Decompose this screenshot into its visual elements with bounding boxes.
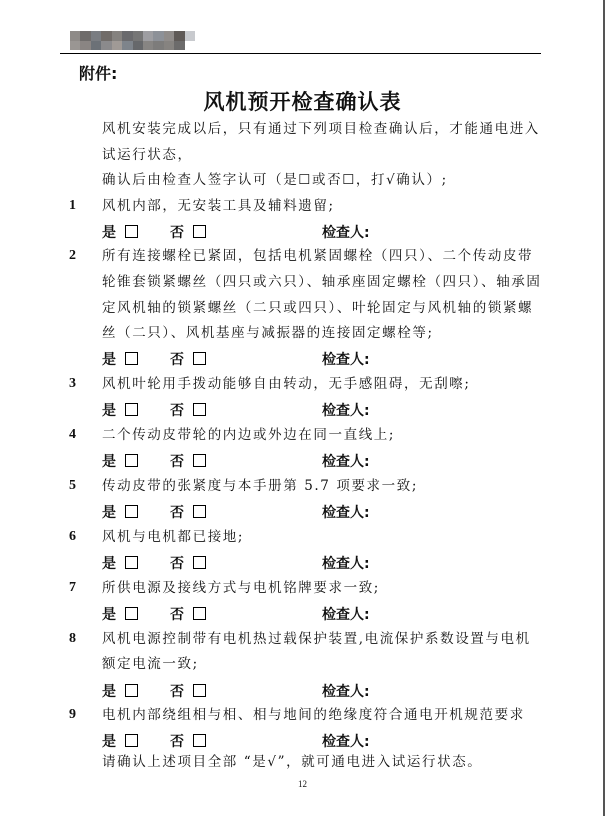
no-checkbox[interactable] <box>193 454 206 467</box>
yes-checkbox[interactable] <box>125 505 138 518</box>
item-number: 9 <box>69 706 76 724</box>
inspector-label: 检查人: <box>322 349 370 369</box>
item-number: 3 <box>69 375 76 393</box>
yes-label: 是 <box>102 604 116 624</box>
no-label: 否 <box>170 681 184 701</box>
no-checkbox[interactable] <box>193 607 206 620</box>
yes-checkbox[interactable] <box>125 225 138 238</box>
item-text: 轮锥套锁紧螺丝（四只或六只）、轴承座固定螺栓（四只）、轴承固 <box>102 273 542 291</box>
check-row: 是 否 检查人: <box>102 451 402 469</box>
item-number: 7 <box>69 579 76 597</box>
yes-label: 是 <box>102 502 116 522</box>
item-number: 2 <box>69 247 76 265</box>
no-checkbox[interactable] <box>193 556 206 569</box>
no-checkbox[interactable] <box>193 403 206 416</box>
item-text: 丝（二只）、风机基座与减振器的连接固定螺栓等; <box>102 324 434 342</box>
yes-checkbox[interactable] <box>125 556 138 569</box>
no-checkbox[interactable] <box>193 734 206 747</box>
no-label: 否 <box>170 502 184 522</box>
inspector-label: 检查人: <box>322 681 370 701</box>
no-label: 否 <box>170 553 184 573</box>
inspector-label: 检查人: <box>322 502 370 522</box>
no-checkbox[interactable] <box>193 225 206 238</box>
inspector-label: 检查人: <box>322 400 370 420</box>
check-row: 是 否 检查人: <box>102 604 402 622</box>
item-number: 1 <box>69 197 76 215</box>
item-text: 风机内部，无安装工具及辅料遗留; <box>102 197 335 215</box>
no-label: 否 <box>170 604 184 624</box>
document-title: 风机预开检查确认表 <box>0 86 605 116</box>
no-label: 否 <box>170 451 184 471</box>
inspector-label: 检查人: <box>322 553 370 573</box>
yes-label: 是 <box>102 400 116 420</box>
check-row: 是 否 检查人: <box>102 349 402 367</box>
intro-line: 确认后由检查人签字认可（是☐或否☐，打√确认）; <box>102 171 448 189</box>
no-label: 否 <box>170 400 184 420</box>
yes-label: 是 <box>102 681 116 701</box>
item-text: 风机与电机都已接地; <box>102 528 244 546</box>
item-number: 4 <box>69 426 76 444</box>
no-label: 否 <box>170 349 184 369</box>
yes-label: 是 <box>102 222 116 242</box>
inspector-label: 检查人: <box>322 451 370 471</box>
yes-checkbox[interactable] <box>125 352 138 365</box>
inspector-label: 检查人: <box>322 731 370 751</box>
item-text: 风机叶轮用手拨动能够自由转动，无手感阻碍，无刮嚓; <box>102 375 471 393</box>
intro-line: 试运行状态， <box>102 146 193 164</box>
no-label: 否 <box>170 731 184 751</box>
yes-checkbox[interactable] <box>125 684 138 697</box>
check-row: 是 否 检查人: <box>102 502 402 520</box>
item-text: 二个传动皮带轮的内边或外边在同一直线上; <box>102 426 395 444</box>
no-checkbox[interactable] <box>193 352 206 365</box>
header-rule <box>60 53 541 54</box>
no-checkbox[interactable] <box>193 505 206 518</box>
item-text: 所供电源及接线方式与电机铭牌要求一致; <box>102 579 380 597</box>
check-row: 是 否 检查人: <box>102 681 402 699</box>
yes-label: 是 <box>102 349 116 369</box>
inspector-label: 检查人: <box>322 604 370 624</box>
no-label: 否 <box>170 222 184 242</box>
footer-note: 请确认上述项目全部 “是√”，就可通电进入试运行状态。 <box>102 753 482 771</box>
item-text: 电机内部绕组相与相、相与地间的绝缘度符合通电开机规范要求 <box>102 706 525 724</box>
item-text: 定风机轴的锁紧螺丝（二只或四只）、叶轮固定与风机轴的锁紧螺 <box>102 299 533 317</box>
no-checkbox[interactable] <box>193 684 206 697</box>
check-row: 是 否 检查人: <box>102 400 402 418</box>
item-text: 传动皮带的张紧度与本手册第 5.7 项要求一致; <box>102 477 418 495</box>
blurred-logo <box>70 31 195 50</box>
intro-line: 风机安装完成以后，只有通过下列项目检查确认后，才能通电进入 <box>102 120 540 138</box>
yes-checkbox[interactable] <box>125 454 138 467</box>
yes-checkbox[interactable] <box>125 734 138 747</box>
inspector-label: 检查人: <box>322 222 370 242</box>
document-page: 附件: 风机预开检查确认表 风机安装完成以后，只有通过下列项目检查确认后，才能通… <box>0 0 605 816</box>
yes-label: 是 <box>102 553 116 573</box>
yes-checkbox[interactable] <box>125 403 138 416</box>
attachment-label: 附件: <box>79 61 117 84</box>
yes-label: 是 <box>102 731 116 751</box>
yes-label: 是 <box>102 451 116 471</box>
page-number: 12 <box>0 779 605 789</box>
check-row: 是 否 检查人: <box>102 222 402 240</box>
item-number: 8 <box>69 630 76 648</box>
item-text: 风机电源控制带有电机热过载保护装置,电流保护系数设置与电机 <box>102 630 531 648</box>
yes-checkbox[interactable] <box>125 607 138 620</box>
item-text: 额定电流一致; <box>102 655 199 673</box>
check-row: 是 否 检查人: <box>102 731 402 749</box>
item-number: 5 <box>69 477 76 495</box>
item-text: 所有连接螺栓已紧固，包括电机紧固螺栓（四只）、二个传动皮带 <box>102 247 533 265</box>
item-number: 6 <box>69 528 76 546</box>
check-row: 是 否 检查人: <box>102 553 402 571</box>
